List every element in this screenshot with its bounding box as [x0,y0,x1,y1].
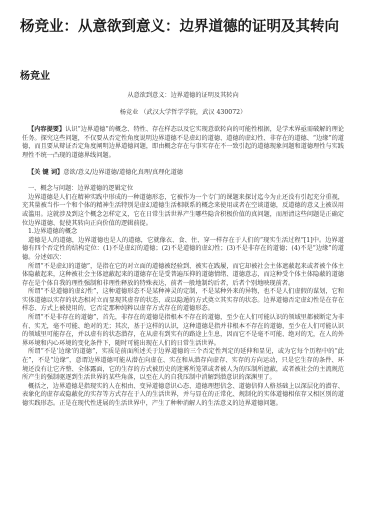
page-title: 杨竞业：从意欲到意义：边界道德的证明及其转向 [20,18,340,36]
article-body: 从意欲到意义：边界道德的证明及其转向 杨竞业 （武汉大学哲学学院，武汉 4300… [22,92,344,409]
keywords: 【关 键 词】意欲/意义/边界道德/道德化真理/真理化道德 [22,169,344,178]
subsection-heading: 1.边界道德的概念 [22,228,344,237]
paragraph: 边界道德是人们在精神实践中形成的一种道德形态，它被作为一个专门的课题来探讨迄今为… [22,194,344,228]
paragraph: 道德是人的道德，边界道德也是人的道德，它就像衣、食、住、穿一样存在于人们的“现实… [22,237,344,263]
paragraph: 概括之，边界道德是指现实的人在相由、变异道德意识心态、道德理想信念、道德信仰人格… [22,383,344,409]
author-affiliation: 杨竞业 （武汉大学哲学学院，武汉 430072） [22,109,344,118]
paragraph: 所谓“不是道德的虚幻性”，这种道德形态不是某种神灵的定制，不是某种外来的异物，也… [22,288,344,314]
abstract-text: 认识“边界道德”的概念、特性、存在样态以及它实现意欲转向的可能性根据，是学术界亟… [22,126,344,159]
paragraph: 所谓“不是虚幻的道德”，是指在它的对立面的道德被经验到、被实在践履，而它却被社会… [22,263,344,289]
abstract-label: 【内容提要】 [28,126,65,133]
keywords-label: 【关 键 词】 [28,169,63,176]
paragraph: 所谓“不是非存在的道德”，首先，非存在的道德是指根本不存在的道德，至少在人们可能… [22,314,344,348]
page-author: 杨竞业 [20,67,50,82]
paragraph: 所谓“不是‘边缘’的道德”，实质是前面所述关于边界道德的三个否定性判定的延伸和显… [22,348,344,382]
article-subtitle: 从意欲到意义：边界道德的证明及其转向 [22,92,344,101]
section-heading: 一、概念与问题：边界道德的逻辑定位 [22,185,344,194]
keywords-text: 意欲/意义/边界道德/道德化真理/真理化道德 [63,169,183,176]
abstract: 【内容提要】认识“边界道德”的概念、特性、存在样态以及它实现意欲转向的可能性根据… [22,126,344,160]
